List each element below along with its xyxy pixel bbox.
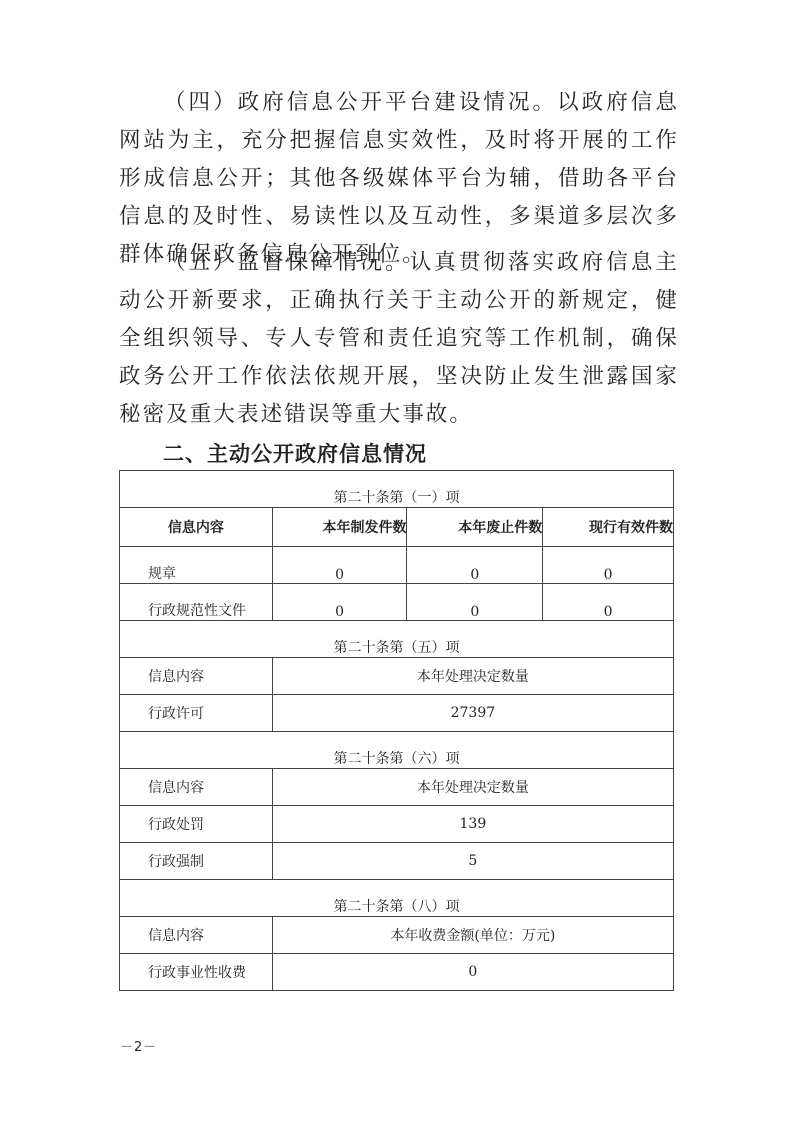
table-row: 信息内容 本年收费金额(单位：万元) bbox=[120, 917, 674, 954]
table-row: 行政事业性收费 0 bbox=[120, 954, 674, 991]
cell-value: 0 bbox=[543, 547, 674, 584]
row-label: 信息内容 bbox=[120, 658, 273, 695]
table-row: 行政处罚 139 bbox=[120, 806, 674, 843]
cell-value: 0 bbox=[543, 584, 674, 621]
row-label: 行政事业性收费 bbox=[120, 954, 273, 991]
section-heading: 二、主动公开政府信息情况 bbox=[163, 438, 427, 468]
section-four-lead: （四）政府信息公开平台建设情况。 bbox=[163, 90, 557, 115]
item6-title: 第二十条第（六）项 bbox=[120, 732, 674, 769]
column-header: 本年处理决定数量 bbox=[272, 769, 673, 806]
row-label: 行政许可 bbox=[120, 695, 273, 732]
row-label: 信息内容 bbox=[120, 769, 273, 806]
row-label: 行政处罚 bbox=[120, 806, 273, 843]
row-label: 行政强制 bbox=[120, 843, 273, 880]
page-number: －2－ bbox=[120, 1036, 157, 1055]
table-row: 行政规范性文件 0 0 0 bbox=[120, 584, 674, 621]
section-five-paragraph: （五）监督保障情况。认真贯彻落实政府信息主动公开新要求，正确执行关于主动公开的新… bbox=[119, 244, 679, 434]
item5-title: 第二十条第（五）项 bbox=[120, 621, 674, 658]
table-row: 行政强制 5 bbox=[120, 843, 674, 880]
column-header: 本年处理决定数量 bbox=[272, 658, 673, 695]
row-label: 行政规范性文件 bbox=[120, 584, 273, 621]
section-five-body: 认真贯彻落实政府信息主动公开新要求，正确执行关于主动公开的新规定，健全组织领导、… bbox=[119, 250, 679, 427]
item1-title: 第二十条第（一）项 bbox=[120, 471, 674, 508]
cell-value: 0 bbox=[272, 547, 407, 584]
cell-value: 0 bbox=[407, 584, 543, 621]
disclosure-table: 第二十条第（一）项 信息内容 本年制发件数 本年废止件数 现行有效件数 规章 0… bbox=[119, 470, 674, 991]
col-header-valid: 现行有效件数 bbox=[543, 508, 674, 547]
row-label: 信息内容 bbox=[120, 917, 273, 954]
section-five-lead: （五）监督保障情况。 bbox=[163, 250, 410, 275]
row-label: 规章 bbox=[120, 547, 273, 584]
item8-title: 第二十条第（八）项 bbox=[120, 880, 674, 917]
col-header-abolished: 本年废止件数 bbox=[407, 508, 543, 547]
table-row: 行政许可 27397 bbox=[120, 695, 674, 732]
col-header-content: 信息内容 bbox=[120, 508, 273, 547]
cell-value: 0 bbox=[407, 547, 543, 584]
table-row: 信息内容 本年处理决定数量 bbox=[120, 658, 674, 695]
cell-value: 27397 bbox=[272, 695, 673, 732]
cell-value: 139 bbox=[272, 806, 673, 843]
cell-value: 5 bbox=[272, 843, 673, 880]
cell-value: 0 bbox=[272, 954, 673, 991]
col-header-issued: 本年制发件数 bbox=[272, 508, 407, 547]
cell-value: 0 bbox=[272, 584, 407, 621]
table-row: 规章 0 0 0 bbox=[120, 547, 674, 584]
section-four-body: 以政府信息网站为主，充分把握信息实效性，及时将开展的工作形成信息公开；其他各级媒… bbox=[119, 90, 679, 267]
table-row: 信息内容 本年处理决定数量 bbox=[120, 769, 674, 806]
column-header: 本年收费金额(单位：万元) bbox=[272, 917, 673, 954]
